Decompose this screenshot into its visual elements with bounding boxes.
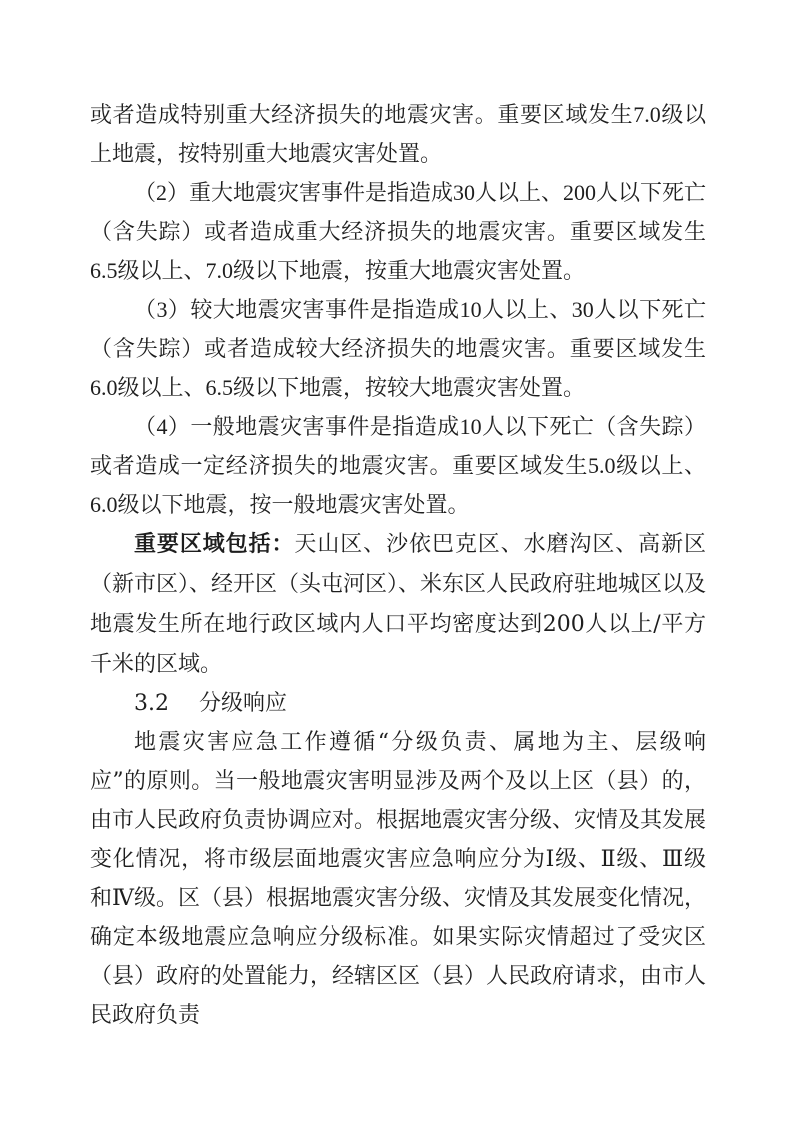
paragraph-item-2-major-disaster: （2）重大地震灾害事件是指造成30人以上、200人以下死亡（含失踪）或者造成重大… bbox=[90, 173, 706, 290]
paragraph-graded-response: 地震灾害应急工作遵循“分级负责、属地为主、层级响应”的原则。当一般地震灾害明显涉… bbox=[90, 723, 706, 1035]
document-body: 或者造成特别重大经济损失的地震灾害。重要区域发生7.0级以上地震，按特别重大地震… bbox=[90, 95, 706, 1035]
paragraph-important-regions: 重要区域包括：天山区、沙依巴克区、水磨沟区、高新区（新市区）、经开区（头屯河区）… bbox=[90, 524, 706, 684]
document-page: 或者造成特别重大经济损失的地震灾害。重要区域发生7.0级以上地震，按特别重大地震… bbox=[0, 0, 793, 1122]
paragraph-item-3-larger-disaster: （3）较大地震灾害事件是指造成10人以上、30人以下死亡（含失踪）或者造成较大经… bbox=[90, 290, 706, 407]
section-number: 3.2 bbox=[134, 684, 169, 723]
paragraph-continuation-extreme-disaster: 或者造成特别重大经济损失的地震灾害。重要区域发生7.0级以上地震，按特别重大地震… bbox=[90, 95, 706, 173]
section-title: 分级响应 bbox=[199, 691, 287, 716]
section-heading-3-2: 3.2分级响应 bbox=[90, 684, 706, 723]
paragraph-item-4-general-disaster: （4）一般地震灾害事件是指造成10人以下死亡（含失踪）或者造成一定经济损失的地震… bbox=[90, 407, 706, 524]
important-regions-lead-label: 重要区域包括： bbox=[134, 531, 294, 556]
